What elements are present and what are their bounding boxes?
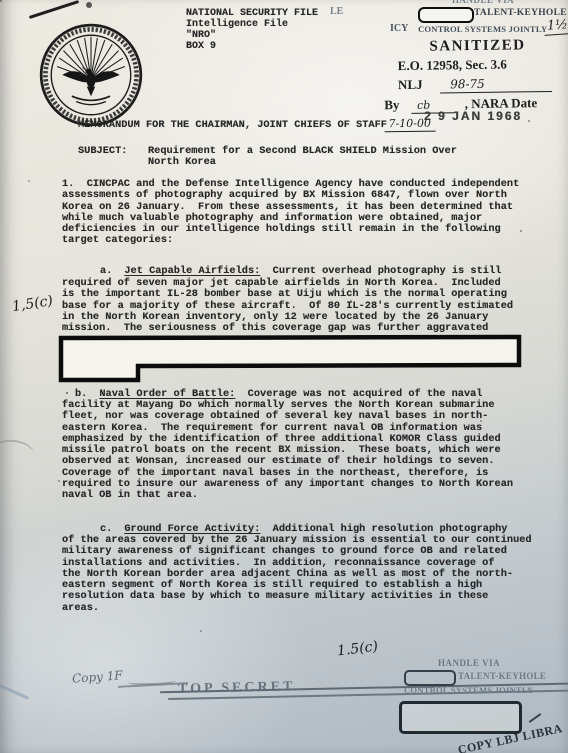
icy-stamp-fragment: ICY <box>390 23 408 34</box>
scan-crease-mark <box>0 437 35 466</box>
classification-margin-note-a: 1,5(c) <box>11 293 54 315</box>
handle-via-label-bottom: HANDLE VIA <box>438 658 500 668</box>
talent-keyhole-label-bottom: TALENT-KEYHOLE <box>458 671 546 681</box>
redaction-box-small-bottom <box>404 670 456 686</box>
section-a-body: required of seven major jet capable airf… <box>62 278 532 334</box>
defense-seal <box>38 22 144 128</box>
by-label: By <box>384 97 399 112</box>
handwritten-margin-number: 1½ <box>543 17 568 36</box>
section-a-title: Jet Capable Airfields: <box>124 265 260 277</box>
nlj-value-handwritten: 98-75 <box>440 76 552 94</box>
nlj-label: NLJ <box>398 77 423 92</box>
control-systems-label-bottom: CONTROL SYSTEMS JOINTLY <box>404 685 533 695</box>
section-b-body: facility at Mayang Do which normally ser… <box>62 400 536 502</box>
classification-margin-note-c: 1.5(c) <box>336 639 379 660</box>
scan-line-mark <box>0 683 29 700</box>
seal-graphic <box>38 22 144 128</box>
pen-stroke-mark <box>29 0 79 19</box>
control-systems-label-top: CONTROL SYSTEMS JOINTLY <box>418 24 547 34</box>
pen-tick-bottom-right <box>529 713 542 723</box>
section-c-body: of the areas covered by the 26 January m… <box>62 535 548 614</box>
subject-text: Requirement for a Second BLACK SHIELD Mi… <box>148 146 457 169</box>
nlj-line: NLJ 98-75 <box>398 74 568 94</box>
section-a-lead: Current overhead photography is still <box>260 265 501 277</box>
pen-dot-mark <box>86 2 92 8</box>
scanned-memo-page: NATIONAL SECURITY FILE Intelligence File… <box>0 0 568 753</box>
date-stamp: 2 9 JAN 1968 <box>424 109 522 123</box>
sanitized-title: SANITIZED <box>429 37 567 56</box>
handle-via-label-top: HANDLE VIA <box>452 0 514 5</box>
redaction-block <box>58 334 524 384</box>
subject-label: SUBJECT: <box>78 146 127 157</box>
redaction-box-small-top <box>418 7 474 23</box>
memo-heading: MEMORANDUM FOR THE CHAIRMAN, JOINT CHIEF… <box>78 120 387 131</box>
scan-noise <box>0 0 2 2</box>
redaction-box-large-bottom <box>399 701 522 734</box>
file-identification-block: NATIONAL SECURITY FILE Intelligence File… <box>186 8 318 52</box>
eo-line: E.O. 12958, Sec. 3.6 <box>398 56 568 74</box>
faded-stamp-fragment: LE <box>330 6 343 17</box>
section-a-label: a. <box>100 265 112 277</box>
copy-number-note: Copy 1F <box>72 668 124 685</box>
paragraph-1: 1. CINCPAC and the Defense Intelligence … <box>62 179 532 247</box>
talent-keyhole-label-top: TALENT-KEYHOLE <box>474 8 567 18</box>
section-a-heading: a.Jet Capable Airfields: Current overhea… <box>100 266 501 277</box>
